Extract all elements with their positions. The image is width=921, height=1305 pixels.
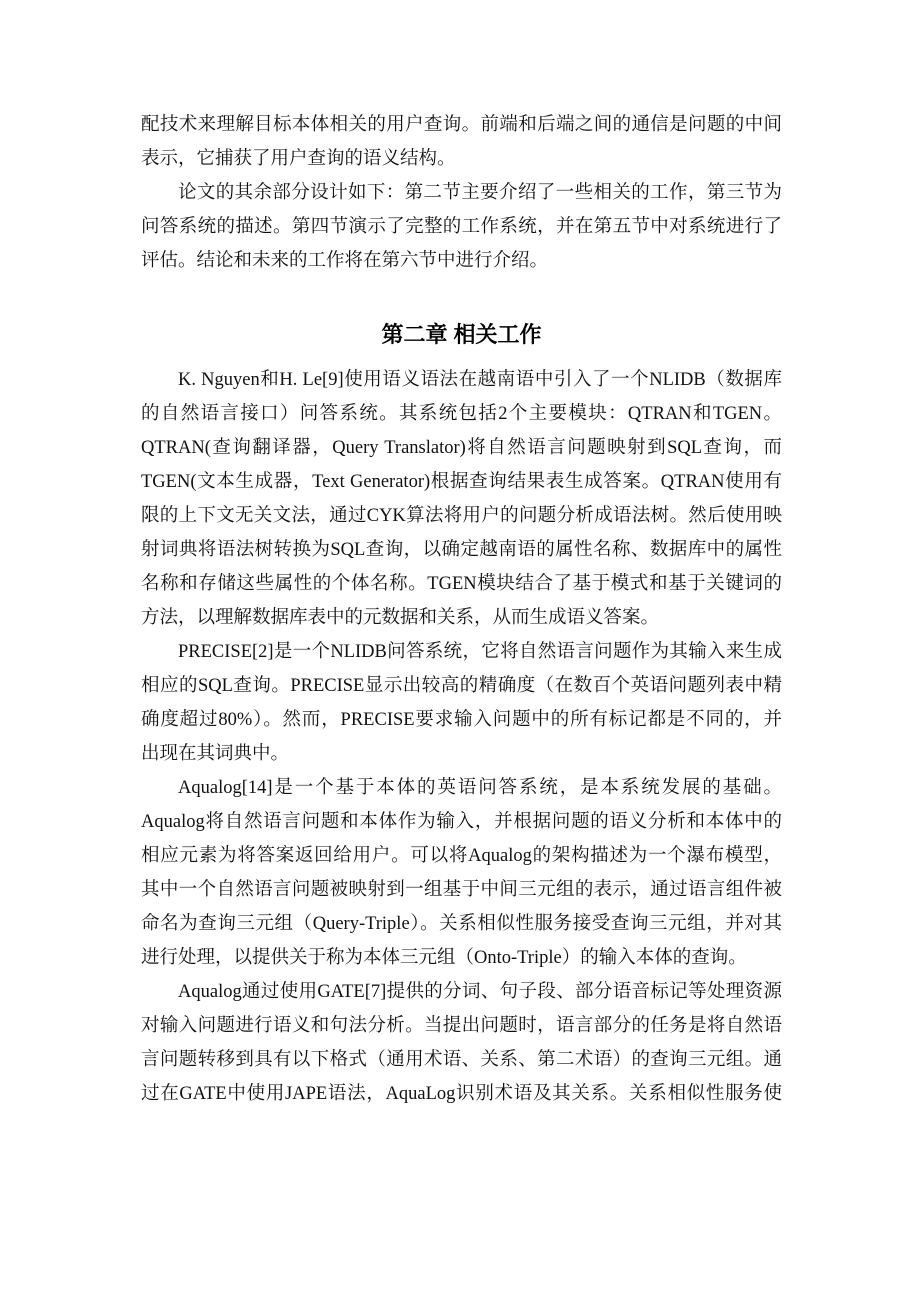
text-line: K. Nguyen和H. Le[9]使用语义语法在越南语中引入了一个NLIDB（… — [141, 363, 782, 397]
document-page: 配技术来理解目标本体相关的用户查询。前端和后端之间的通信是问题的中间 表示，它捕… — [141, 108, 782, 1111]
text-line: Aqualog通过使用GATE[7]提供的分词、句子段、部分语音标记等处理资源 — [141, 975, 782, 1009]
paragraph-nguyen-le: K. Nguyen和H. Le[9]使用语义语法在越南语中引入了一个NLIDB（… — [141, 363, 782, 635]
text-line: TGEN(文本生成器，Text Generator)根据查询结果表生成答案。QT… — [141, 465, 782, 499]
text-line: 命名为查询三元组（Query-Triple）。关系相似性服务接受查询三元组，并对… — [141, 907, 782, 941]
text-line: 配技术来理解目标本体相关的用户查询。前端和后端之间的通信是问题的中间 — [141, 108, 782, 142]
text-line: 问答系统的描述。第四节演示了完整的工作系统，并在第五节中对系统进行了 — [141, 210, 782, 244]
text-line: 表示，它捕获了用户查询的语义结构。 — [141, 142, 782, 176]
paragraph-intro-architecture: 配技术来理解目标本体相关的用户查询。前端和后端之间的通信是问题的中间 表示，它捕… — [141, 108, 782, 176]
text-line: 言问题转移到具有以下格式（通用术语、关系、第二术语）的查询三元组。通 — [141, 1043, 782, 1077]
paragraph-aqualog: Aqualog[14]是一个基于本体的英语问答系统，是本系统发展的基础。 Aqu… — [141, 771, 782, 975]
text-line: 其中一个自然语言问题被映射到一组基于中间三元组的表示，通过语言组件被 — [141, 873, 782, 907]
paragraph-paper-outline: 论文的其余部分设计如下：第二节主要介绍了一些相关的工作，第三节为 问答系统的描述… — [141, 176, 782, 278]
text-line: 论文的其余部分设计如下：第二节主要介绍了一些相关的工作，第三节为 — [141, 176, 782, 210]
spacer — [141, 278, 782, 298]
text-line: Aqualog[14]是一个基于本体的英语问答系统，是本系统发展的基础。 — [141, 771, 782, 805]
text-line: 名称和存储这些属性的个体名称。TGEN模块结合了基于模式和基于关键词的 — [141, 567, 782, 601]
text-line: 限的上下文无关文法，通过CYK算法将用户的问题分析成语法树。然后使用映 — [141, 499, 782, 533]
text-line: 对输入问题进行语义和句法分析。当提出问题时，语言部分的任务是将自然语 — [141, 1009, 782, 1043]
paragraph-precise: PRECISE[2]是一个NLIDB问答系统，它将自然语言问题作为其输入来生成 … — [141, 635, 782, 771]
chapter-heading: 第二章 相关工作 — [141, 307, 782, 363]
text-line: 进行处理，以提供关于称为本体三元组（Onto-Triple）的输入本体的查询。 — [141, 941, 782, 975]
text-line: 出现在其词典中。 — [141, 737, 782, 771]
text-line: 确度超过80%）。然而，PRECISE要求输入问题中的所有标记都是不同的，并 — [141, 703, 782, 737]
text-line: 方法，以理解数据库表中的元数据和关系，从而生成语义答案。 — [141, 601, 782, 635]
text-line: PRECISE[2]是一个NLIDB问答系统，它将自然语言问题作为其输入来生成 — [141, 635, 782, 669]
text-line: 射词典将语法树转换为SQL查询，以确定越南语的属性名称、数据库中的属性 — [141, 533, 782, 567]
text-line: QTRAN(查询翻译器，Query Translator)将自然语言问题映射到S… — [141, 431, 782, 465]
text-line: 相应元素为将答案返回给用户。可以将Aqualog的架构描述为一个瀑布模型， — [141, 839, 782, 873]
text-line: Aqualog将自然语言问题和本体作为输入，并根据问题的语义分析和本体中的 — [141, 805, 782, 839]
text-line: 的自然语言接口）问答系统。其系统包括2个主要模块：QTRAN和TGEN。 — [141, 397, 782, 431]
text-line: 评估。结论和未来的工作将在第六节中进行介绍。 — [141, 244, 782, 278]
paragraph-aqualog-gate: Aqualog通过使用GATE[7]提供的分词、句子段、部分语音标记等处理资源 … — [141, 975, 782, 1111]
text-line: 相应的SQL查询。PRECISE显示出较高的精确度（在数百个英语问题列表中精 — [141, 669, 782, 703]
text-line: 过在GATE中使用JAPE语法，AquaLog识别术语及其关系。关系相似性服务使 — [141, 1077, 782, 1111]
